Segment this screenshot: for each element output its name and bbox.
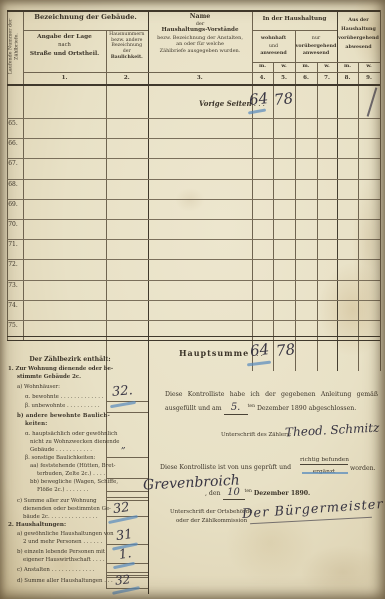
vorige-value-col5: 78 bbox=[273, 89, 294, 109]
vorige-seiten-text: Vorige Seiten bbox=[199, 99, 252, 108]
grid-line bbox=[7, 259, 380, 260]
grid-line bbox=[380, 10, 381, 371]
summary-line: keiten: bbox=[25, 421, 47, 427]
attestation2-option-top: richtig befunden bbox=[300, 457, 348, 465]
column-number: 4. bbox=[252, 75, 273, 81]
col1-header-line2: nach bbox=[23, 43, 106, 49]
row-number: 73. bbox=[5, 283, 21, 290]
attestation2-line1: Diese Kontrolliste ist von uns geprüft u… bbox=[160, 464, 291, 471]
group-header-haushaltung: In der Haushaltung bbox=[252, 16, 337, 23]
row-number: 65. bbox=[5, 121, 21, 128]
mw-column-label: m. bbox=[252, 64, 273, 70]
col3-header-line1: Name bbox=[148, 13, 252, 21]
row-number: 69. bbox=[5, 202, 21, 209]
date-line: , den 10ten Dezember 1890. bbox=[205, 487, 310, 500]
behoerde-signature-label1: Unterschrift der Ortsbehörde bbox=[170, 509, 252, 515]
summary-line: b) einzeln lebende Personen mit bbox=[17, 549, 105, 555]
subheader-67-line3: anwesend bbox=[295, 50, 337, 58]
summary-line: aa) feststehende (Hütten, Bret- bbox=[30, 463, 115, 469]
group-header-gebaeude: Bezeichnung der Gebäude. bbox=[23, 14, 148, 22]
paper-stain bbox=[300, 545, 385, 599]
grid-line bbox=[7, 179, 380, 180]
blue-pencil-check-mark bbox=[247, 360, 271, 365]
census-control-list-page: 65.66.67.68.69.70.71.72.73.74.75.m.w.m.w… bbox=[0, 0, 385, 599]
summary-line: 2. Haushaltungen: bbox=[8, 522, 66, 528]
summary-line: bäude 2c. . . . . . . . . . . . . . . bbox=[23, 514, 98, 520]
group-abwesend-line3: vorübergehend bbox=[337, 34, 380, 43]
subheader-67-line2: vorübergehend bbox=[295, 43, 337, 51]
row-number: 74. bbox=[5, 303, 21, 310]
attestation1-line2-pre: ausgefüllt und am bbox=[165, 405, 222, 412]
summary-heading: Der Zählbezirk enthält: bbox=[20, 356, 120, 363]
mw-column-label: w. bbox=[358, 64, 380, 70]
value-einzeln-lebende: 1. bbox=[118, 546, 132, 563]
grid-line bbox=[7, 336, 380, 337]
mw-column-label: m. bbox=[295, 64, 317, 70]
col2-header: Hausnummern bezw. andere Bezeichnung der… bbox=[106, 32, 148, 60]
summary-line: terbuden, Zelte 2c.) . . . . bbox=[37, 471, 105, 477]
zaehler-signature-label: Unterschrift des Zählers: bbox=[221, 432, 291, 438]
value-nicht-wohnzwecke: „ bbox=[121, 441, 126, 451]
vorige-value-col4: 64 bbox=[248, 89, 269, 109]
summary-line: c) Anstalten . . . . . . . . . . . . . bbox=[17, 567, 94, 573]
summary-line: d) Summe aller Haushaltungen . . . bbox=[17, 578, 113, 584]
attestation2-option-bottom: ergänzt bbox=[306, 469, 342, 476]
attestation1-day-value: 5. bbox=[231, 402, 241, 413]
grid-line bbox=[7, 138, 380, 139]
hauptsumme-text: Hauptsumme bbox=[179, 348, 249, 358]
grid-line bbox=[7, 340, 380, 341]
attestation1-line1: Diese Kontrolliste habe ich der gegebene… bbox=[165, 391, 378, 398]
column-number: 5. bbox=[273, 75, 295, 81]
corner-label-line1: Laufende Nummer der bbox=[9, 10, 15, 84]
subheader-voruebergehend-anwesend: nur vorübergehend anwesend bbox=[295, 35, 337, 58]
grid-line bbox=[7, 199, 380, 200]
date-day-field: 10 bbox=[223, 487, 245, 500]
attestation1-line2: ausgefüllt und am 5.ten Dezember 1890 ab… bbox=[165, 402, 356, 415]
col2-header-line1: Hausnummern bbox=[106, 32, 148, 38]
row-number: 75. bbox=[5, 323, 21, 330]
mw-column-label: w. bbox=[317, 64, 337, 70]
group-header-abwesend: Aus der Haushaltung vorübergehend abwese… bbox=[337, 16, 380, 52]
col1-header-line1: Angabe der Lage bbox=[23, 34, 106, 41]
col3-header: Name der Haushaltungs-Vorstände bezw. Be… bbox=[148, 13, 252, 54]
value-summe-gebaeude: 32 bbox=[112, 500, 130, 517]
summary-line: α. hauptsächlich oder gewöhnlich bbox=[25, 431, 118, 437]
row-number: 66. bbox=[5, 141, 21, 148]
subheader-67-line1: nur bbox=[295, 35, 337, 43]
grid-line bbox=[106, 497, 148, 498]
column-number: 3. bbox=[148, 75, 253, 81]
subheader-wohnhaft-anwesend: wohnhaft und anwesend bbox=[252, 35, 295, 58]
grid-line bbox=[273, 62, 274, 371]
pen-slash-mark bbox=[367, 87, 377, 116]
summary-line: c) Summe aller zur Wohnung bbox=[17, 498, 97, 504]
attestation1-sup: ten bbox=[248, 404, 255, 409]
summary-line: a) gewöhnliche Haushaltungen von bbox=[17, 531, 114, 537]
column-number: 7. bbox=[317, 75, 337, 81]
subheader-45-line2: und bbox=[252, 43, 295, 51]
summary-line: 2 und mehr Personen . . . . . . bbox=[23, 539, 102, 545]
grid-line bbox=[106, 491, 148, 492]
col2-header-line5: Baulichkeit. bbox=[106, 55, 148, 61]
summary-line: dienenden oder bestimmten Ge- bbox=[23, 506, 111, 512]
mw-column-label: m. bbox=[337, 64, 358, 70]
grid-line bbox=[7, 158, 380, 159]
value-summe-haushaltungen: 32 bbox=[114, 572, 131, 588]
column-number: 2. bbox=[106, 75, 148, 81]
column-number: 9. bbox=[358, 75, 380, 81]
paper-stain bbox=[318, 262, 385, 357]
group-abwesend-line1: Aus der bbox=[337, 16, 380, 25]
row-number: 72. bbox=[5, 262, 21, 269]
summary-line: α. bewohnte . . . . . . . . . . . . . bbox=[25, 394, 103, 400]
grid-line bbox=[317, 62, 318, 371]
summary-line: bb) bewegliche (Wagen, Schiffe, bbox=[30, 479, 118, 485]
summary-line: stimmte Gebäude 2c. bbox=[17, 374, 81, 380]
summary-line: nicht zu Wohnzwecken dienende bbox=[30, 439, 119, 445]
grid-line bbox=[7, 10, 380, 12]
behoerde-signature-label2: oder der Zählkommission bbox=[176, 518, 247, 524]
column-number: 1. bbox=[23, 75, 106, 81]
grid-line bbox=[23, 10, 24, 340]
col3-header-line6: Zählbriefe ausgegeben wurden. bbox=[148, 48, 252, 54]
grid-line bbox=[106, 457, 148, 458]
row-number: 71. bbox=[5, 242, 21, 249]
summary-line: 1. Zur Wohnung dienende oder be- bbox=[8, 366, 113, 372]
grid-line bbox=[252, 30, 337, 31]
summary-line: Flöße 2c.) . . . . . . . bbox=[37, 487, 88, 493]
summary-line: β. unbewohnte . . . . . . . . . . bbox=[25, 403, 100, 409]
column-number: 8. bbox=[337, 75, 358, 81]
hauptsumme-value-col5: 78 bbox=[275, 340, 296, 360]
col1-header-line3: Straße und Ortstheil. bbox=[23, 51, 106, 58]
attestation1-line2-post: Dezember 1890 abgeschlossen. bbox=[257, 405, 356, 412]
grid-line bbox=[7, 118, 380, 119]
grid-line bbox=[148, 10, 149, 594]
column-number: 6. bbox=[295, 75, 317, 81]
mw-column-label: w. bbox=[273, 64, 295, 70]
zaehler-signature: Theod. Schmitz bbox=[285, 421, 380, 440]
blue-pencil-check-mark bbox=[248, 108, 266, 114]
summary-line: β. sonstige Baulichkeiten: bbox=[25, 455, 95, 461]
value-gewoehnliche-haushaltungen: 31 bbox=[115, 527, 133, 544]
row-number: 68. bbox=[5, 182, 21, 189]
summary-line: Gebäude . . . . . . . . . . . bbox=[30, 447, 92, 453]
date-sup: ten bbox=[245, 489, 252, 494]
row-number: 67. bbox=[5, 161, 21, 168]
col1-header: Angabe der Lage nach Straße und Ortsthei… bbox=[23, 34, 106, 57]
grid-line bbox=[7, 219, 380, 220]
attestation1-day-field: 5. bbox=[224, 402, 248, 415]
col3-header-line3: Haushaltungs-Vorstände bbox=[148, 27, 252, 34]
subheader-45-line3: anwesend bbox=[252, 50, 295, 58]
value-bewohnte: 32. bbox=[111, 383, 133, 400]
grid-line bbox=[7, 84, 380, 86]
subheader-45-line1: wohnhaft bbox=[252, 35, 295, 43]
grid-line bbox=[7, 320, 380, 321]
summary-line: b) andere bewohnte Baulich- bbox=[17, 413, 110, 419]
grid-line bbox=[23, 30, 148, 31]
group-abwesend-line2: Haushaltung bbox=[337, 25, 380, 34]
grid-line bbox=[7, 280, 380, 281]
corner-label: Laufende Nummer der Zählbriefe. bbox=[9, 10, 22, 84]
grid-line bbox=[358, 62, 359, 371]
paper-stain bbox=[175, 188, 205, 212]
date-den: , den bbox=[205, 490, 221, 497]
date-rest: Dezember 1890. bbox=[254, 490, 310, 497]
grid-line bbox=[23, 72, 380, 73]
date-day-value: 10 bbox=[227, 487, 240, 498]
corner-label-line2: Zählbriefe. bbox=[14, 10, 20, 84]
row-number: 70. bbox=[5, 222, 21, 229]
summary-line: a) Wohnhäuser: bbox=[17, 384, 60, 390]
grid-line bbox=[7, 300, 380, 301]
attestation2-worden: worden. bbox=[350, 465, 376, 472]
summary-line: eigener Hauswirthschaft . . . . bbox=[23, 557, 105, 563]
grid-line bbox=[106, 412, 148, 413]
grid-line bbox=[7, 239, 380, 240]
hauptsumme-value-col4: 64 bbox=[249, 340, 270, 360]
group-abwesend-line4: abwesend bbox=[337, 43, 380, 52]
